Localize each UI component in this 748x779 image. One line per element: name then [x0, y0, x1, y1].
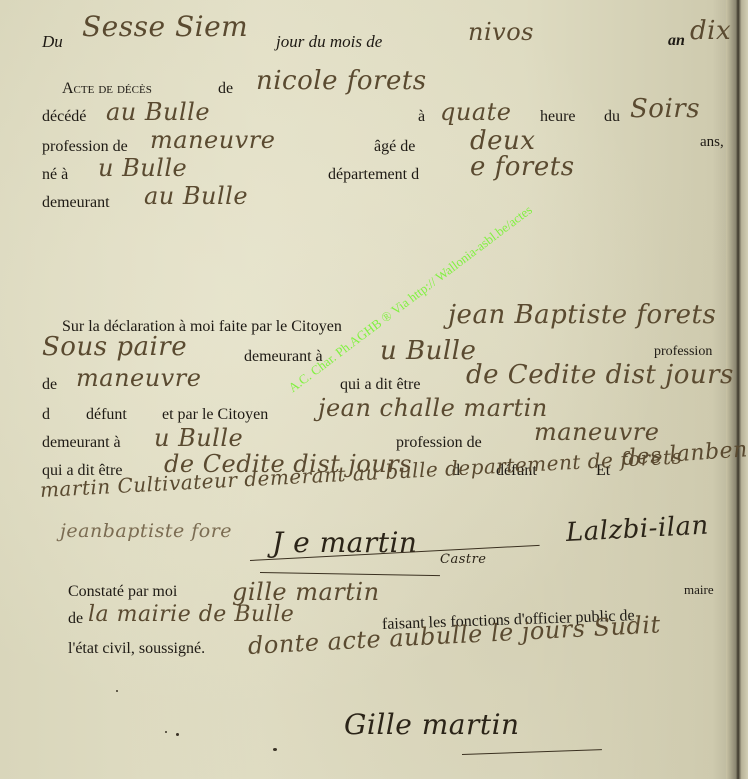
header-year-handwritten: dix [690, 16, 731, 46]
witness1-name-handwritten: jean Baptiste forets [448, 300, 716, 330]
header-jour-du-mois-de: jour du mois de [276, 32, 382, 52]
witness1-relation-handwritten: de Cedite dist jours [466, 360, 734, 390]
maire-label: maire [684, 582, 714, 598]
ne-a-label: né à [42, 166, 68, 184]
witness1-profession-label: profession [654, 344, 712, 360]
witness1-residence-handwritten: u Bulle [380, 336, 476, 366]
witness1-profession-handwritten: maneuvre [76, 364, 201, 392]
death-time-of-day-handwritten: Soirs [630, 94, 700, 124]
a-label: à [418, 108, 425, 126]
witness2-demeurant-label: demeurant à [42, 434, 121, 452]
ink-speck [165, 731, 167, 733]
witness2-residence-handwritten: u Bulle [154, 424, 243, 452]
ink-speck [116, 690, 118, 692]
heure-label: heure [540, 108, 576, 126]
witness1-qui-label: qui a dit être [340, 376, 420, 394]
etat-civil-label: l'état civil, soussigné. [68, 640, 205, 658]
acte-de-deces-label: Acte de décès [62, 80, 152, 98]
witness2-flourish: Castre [440, 552, 487, 567]
witness1-name-cont-handwritten: Sous paire [42, 332, 187, 362]
deceased-name-handwritten: nicole forets [256, 66, 427, 96]
du-defunt-1: d [42, 406, 50, 424]
death-hour-handwritten: quate [440, 98, 511, 126]
departement-label: département d [328, 166, 419, 184]
header-an: an [668, 32, 685, 50]
ink-speck [273, 748, 277, 751]
header-prefix: Du [42, 32, 63, 52]
mairie-handwritten: la mairie de Bulle [88, 602, 294, 627]
witness1-signature: jeanbaptiste fore [60, 520, 232, 542]
witness2-name-handwritten: jean challe martin [318, 394, 548, 422]
deceased-profession-handwritten: maneuvre [150, 126, 275, 154]
defunt-label-1: défunt [86, 406, 127, 424]
ans-label: ans, [700, 134, 724, 151]
age-label: âgé de [374, 138, 415, 156]
ink-speck [176, 733, 179, 736]
du-label: du [604, 108, 620, 126]
acte-de-label: de [218, 80, 233, 98]
attestation-de-label: de [68, 610, 83, 628]
departement-handwritten: e forets [470, 152, 575, 182]
header-day-handwritten: Sesse Siem [82, 10, 248, 43]
demeurant-label: demeurant [42, 194, 110, 212]
et-par-label: et par le Citoyen [162, 406, 268, 424]
death-place-handwritten: au Bulle [106, 98, 210, 126]
residence-handwritten: au Bulle [144, 182, 248, 210]
constate-label: Constaté par moi [68, 583, 177, 601]
witness2-profession-handwritten: maneuvre [534, 418, 659, 446]
header-month-handwritten: nivos [468, 18, 534, 46]
mayor-signature: Gille martin [344, 708, 520, 741]
birthplace-handwritten: u Bulle [98, 154, 187, 182]
decede-label: décédé [42, 108, 86, 126]
witness1-de-label: de [42, 376, 57, 394]
